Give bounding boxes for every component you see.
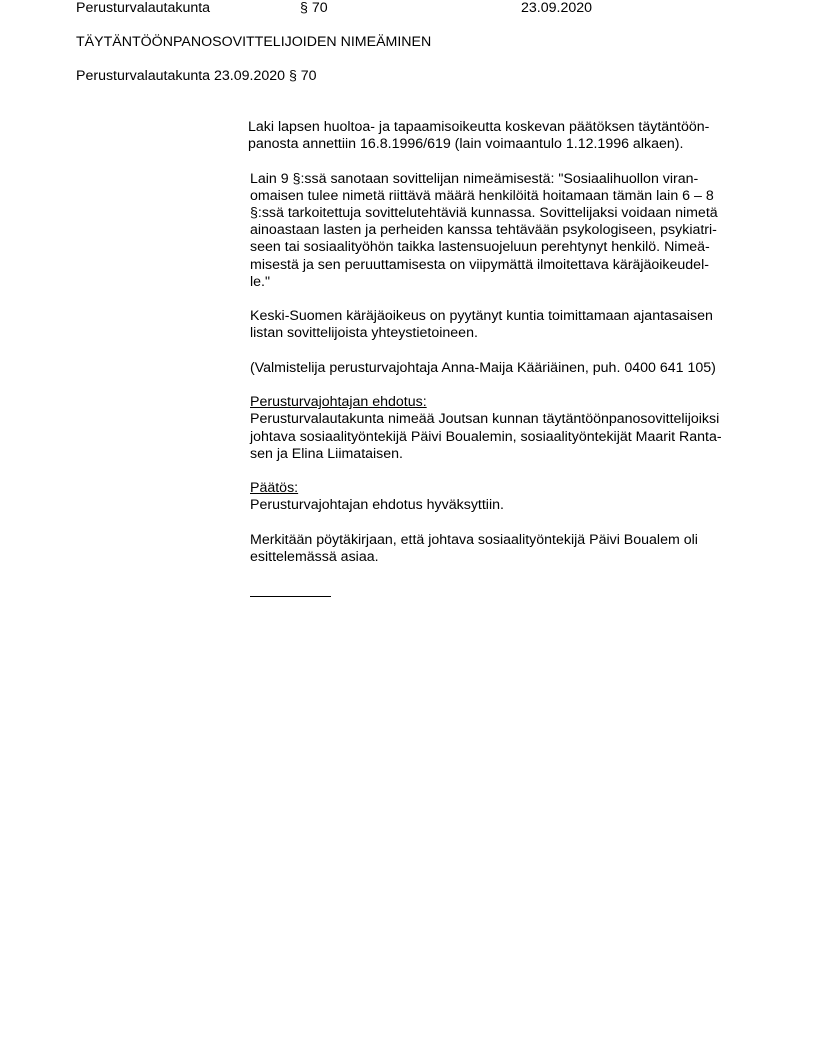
header-date: 23.09.2020 <box>521 0 592 17</box>
court-request-paragraph: Keski-Suomen käräjäoikeus on pyytänyt ku… <box>250 308 750 342</box>
meeting-reference: Perusturvalautakunta 23.09.2020 § 70 <box>76 68 317 85</box>
law-quote-paragraph: Lain 9 §:ssä sanotaan sovittelijan nimeä… <box>250 171 750 291</box>
minutes-note: Merkitään pöytäkirjaan, että johtava sos… <box>250 532 750 566</box>
header-organization: Perusturvalautakunta <box>76 0 210 17</box>
document-title: TÄYTÄNTÖÖNPANOSOVITTELIJOIDEN NIMEÄMINEN <box>76 34 431 51</box>
decision-section: Päätös: Perusturvajohtajan ehdotus hyväk… <box>250 480 750 514</box>
decision-heading: Päätös: <box>250 480 750 497</box>
decision-text: Perusturvajohtajan ehdotus hyväksyttiin. <box>250 497 750 514</box>
law-background-paragraph: Laki lapsen huoltoa- ja tapaamisoikeutta… <box>248 119 750 153</box>
header-paragraph-number: § 70 <box>300 0 328 17</box>
closing-divider-line <box>250 583 331 597</box>
proposal-heading: Perusturvajohtajan ehdotus: <box>250 394 750 411</box>
preparer-note: (Valmistelija perusturvajohtaja Anna-Mai… <box>250 360 750 377</box>
proposal-section: Perusturvajohtajan ehdotus: Perusturvala… <box>250 394 750 463</box>
document-body: Laki lapsen huoltoa- ja tapaamisoikeutta… <box>250 119 750 597</box>
proposal-text: Perusturvalautakunta nimeää Joutsan kunn… <box>250 411 750 463</box>
